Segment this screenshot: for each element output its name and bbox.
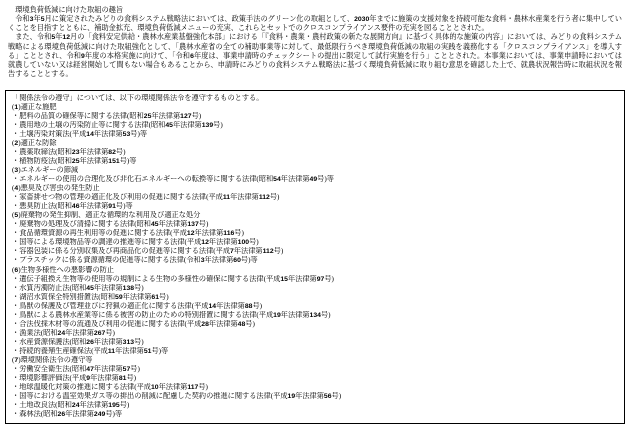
law-list-line: ・環境影響評価法(平成9年法律第81号) bbox=[12, 374, 618, 383]
law-list-line: ・労働安全衛生法(昭和47年法律第57号) bbox=[12, 365, 618, 374]
law-list-line: ・肥料の品質の確保等に関する法律(昭和25年法律第127号) bbox=[12, 112, 618, 121]
law-list-line: ・土地改良法(昭和24年法律第195号) bbox=[12, 401, 618, 410]
document-page: 環境負荷低減に向けた取組の趣旨 令和3年5月に策定されたみどりの食料システム戦略… bbox=[0, 0, 630, 439]
law-list-line: ・廃棄物の処理及び清掃に関する法律(昭和45年法律第137号) bbox=[12, 220, 618, 229]
intro-paragraphs: 令和3年5月に策定されたみどりの食料システム戦略法においては、政策手法のグリーン… bbox=[8, 15, 622, 79]
law-list-line: (4)悪臭及び害虫の発生防止 bbox=[12, 184, 618, 193]
law-list-line: (2)適正な防除 bbox=[12, 139, 618, 148]
law-list-line: ・鳥獣による農林水産業等に係る被害の防止のための特別措置に関する法律(平成19年… bbox=[12, 311, 618, 320]
document-heading: 環境負荷低減に向けた取組の趣旨 bbox=[8, 6, 622, 15]
law-list-line: ・水質汚濁防止法(昭和45年法律第138号) bbox=[12, 284, 618, 293]
law-list-line: ・家畜排せつ物の管理の適正化及び利用の促進に関する法律(平成11年法律第112号… bbox=[12, 193, 618, 202]
law-list-line: ・食品循環資源の再生利用等の促進に関する法律(平成12年法律第116号) bbox=[12, 229, 618, 238]
law-list-line: ・土壌汚染対策法(平成14年法律第53号)等 bbox=[12, 130, 618, 139]
law-list-line: ・森林法(昭和26年法律第249号)等 bbox=[12, 410, 618, 419]
law-list-line: (1)適正な施肥 bbox=[12, 103, 618, 112]
law-list-line: ・エネルギーの使用の合理化及び非化石エネルギーへの転換等に関する法律(昭和54年… bbox=[12, 175, 618, 184]
paragraph: また、令和5年12月の「食料安定供給・農林水産業基盤強化本部」における「『食料・… bbox=[8, 33, 622, 79]
law-list-line: ・地球温暖化対策の推進に関する法律(平成10年法律第117号) bbox=[12, 383, 618, 392]
law-list-line: ・持続的養殖生産確保法(平成11年法律第51号)等 bbox=[12, 347, 618, 356]
law-list-line: (7)環境関係法令の遵守等 bbox=[12, 356, 618, 365]
law-list-line: (6)生物多様性への悪影響の防止 bbox=[12, 266, 618, 275]
related-laws-box: 「関係法令の遵守」については、以下の環境関係法令を遵守するものとする。 (1)適… bbox=[5, 90, 625, 425]
law-list-line: ・植物防疫法(昭和25年法律第151号)等 bbox=[12, 157, 618, 166]
law-list-line: (5)廃棄物の発生抑制、適正な循環的な利用及び適正な処分 bbox=[12, 211, 618, 220]
paragraph: 令和3年5月に策定されたみどりの食料システム戦略法においては、政策手法のグリーン… bbox=[8, 15, 622, 33]
law-list-line: ・国等による環境物品等の調達の推進等に関する法律(平成12年法律第100号) bbox=[12, 238, 618, 247]
law-list-line: ・国等における温室効果ガス等の排出の削減に配慮した契約の推進に関する法律(平成1… bbox=[12, 392, 618, 401]
law-list: (1)適正な施肥・肥料の品質の確保等に関する法律(昭和25年法律第127号)・農… bbox=[12, 103, 618, 420]
law-list-line: ・農用地の土壌の汚染防止等に関する法律(昭和45年法律第139号) bbox=[12, 121, 618, 130]
law-list-line: ・プラスチックに係る資源循環の促進等に関する法律(令和3年法律第60号)等 bbox=[12, 256, 618, 265]
law-list-line: ・鳥獣の保護及び管理並びに狩猟の適正化に関する法律(平成14年法律第88号) bbox=[12, 302, 618, 311]
law-list-line: ・水産資源保護法(昭和26年法律第313号) bbox=[12, 338, 618, 347]
law-list-line: ・悪臭防止法(昭和46年法律第91号)等 bbox=[12, 202, 618, 211]
law-list-line: ・漁業法(昭和24年法律第267号) bbox=[12, 329, 618, 338]
law-list-line: ・容器包装に係る分別収集及び再商品化の促進等に関する法律(平成7年法律第112号… bbox=[12, 247, 618, 256]
law-list-line: ・合法伐採木材等の流通及び利用の促進に関する法律(平成28年法律第48号) bbox=[12, 320, 618, 329]
law-list-line: ・農薬取締法(昭和23年法律第82号) bbox=[12, 148, 618, 157]
law-list-line: ・湖沼水質保全特別措置法(昭和59年法律第61号) bbox=[12, 293, 618, 302]
law-list-line: ・遺伝子組換え生物等の使用等の規制による生物の多様性の確保に関する法律(平成15… bbox=[12, 275, 618, 284]
law-box-intro: 「関係法令の遵守」については、以下の環境関係法令を遵守するものとする。 bbox=[12, 94, 618, 103]
law-list-line: (3)エネルギーの節減 bbox=[12, 166, 618, 175]
